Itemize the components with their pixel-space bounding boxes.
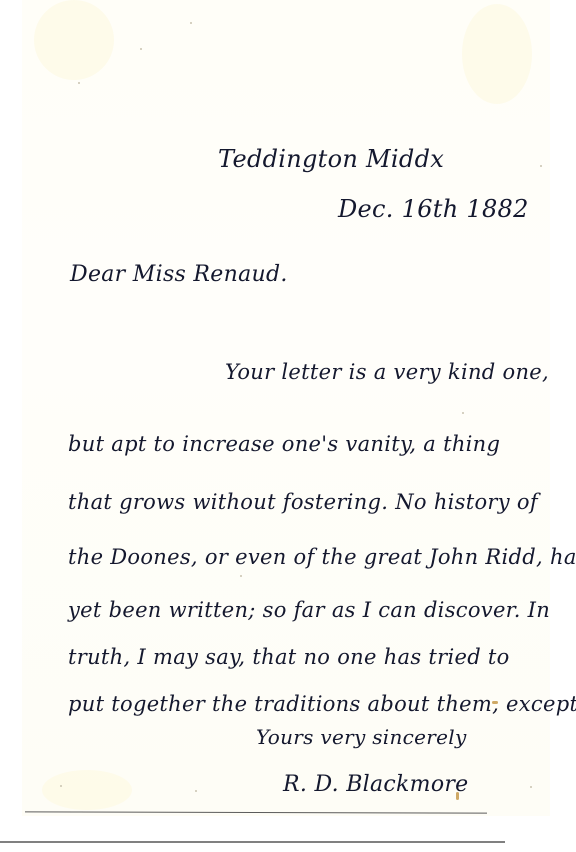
letter-salutation: Dear Miss Renaud. xyxy=(70,262,288,287)
paper-stain xyxy=(34,0,114,80)
foxing-spot xyxy=(240,575,242,577)
letter-body-line-3: that grows without fostering. No history… xyxy=(68,490,538,514)
letter-body-line-2: but apt to increase one's vanity, a thin… xyxy=(68,432,500,456)
letter-closing: Yours very sincerely xyxy=(256,725,467,749)
scan-bottom-edge xyxy=(0,841,505,843)
foxing-spot xyxy=(78,82,80,84)
paper-stain xyxy=(42,770,132,810)
foxing-spot xyxy=(540,165,542,167)
letter-body-line-6: truth, I may say, that no one has tried … xyxy=(68,645,510,669)
foxing-spot xyxy=(190,22,192,24)
scanned-letter-page: Teddington Middx Dec. 16th 1882 Dear Mis… xyxy=(0,0,576,852)
foxing-spot xyxy=(140,48,142,50)
paper-stain xyxy=(462,4,532,104)
letter-body-line-7: put together the traditions about them, … xyxy=(68,692,576,716)
foxing-spot xyxy=(530,786,532,788)
letter-place: Teddington Middx xyxy=(218,145,444,173)
letter-body-line-1: Your letter is a very kind one, xyxy=(225,360,549,384)
ink-stain xyxy=(492,701,498,704)
letter-date: Dec. 16th 1882 xyxy=(338,195,529,223)
letter-body-line-4: the Doones, or even of the great John Ri… xyxy=(68,545,576,569)
ink-stain xyxy=(456,792,459,800)
foxing-spot xyxy=(462,412,464,414)
letter-signature: R. D. Blackmore xyxy=(283,772,469,797)
foxing-spot xyxy=(195,790,197,792)
letter-body-line-5: yet been written; so far as I can discov… xyxy=(68,598,550,622)
foxing-spot xyxy=(60,785,62,787)
